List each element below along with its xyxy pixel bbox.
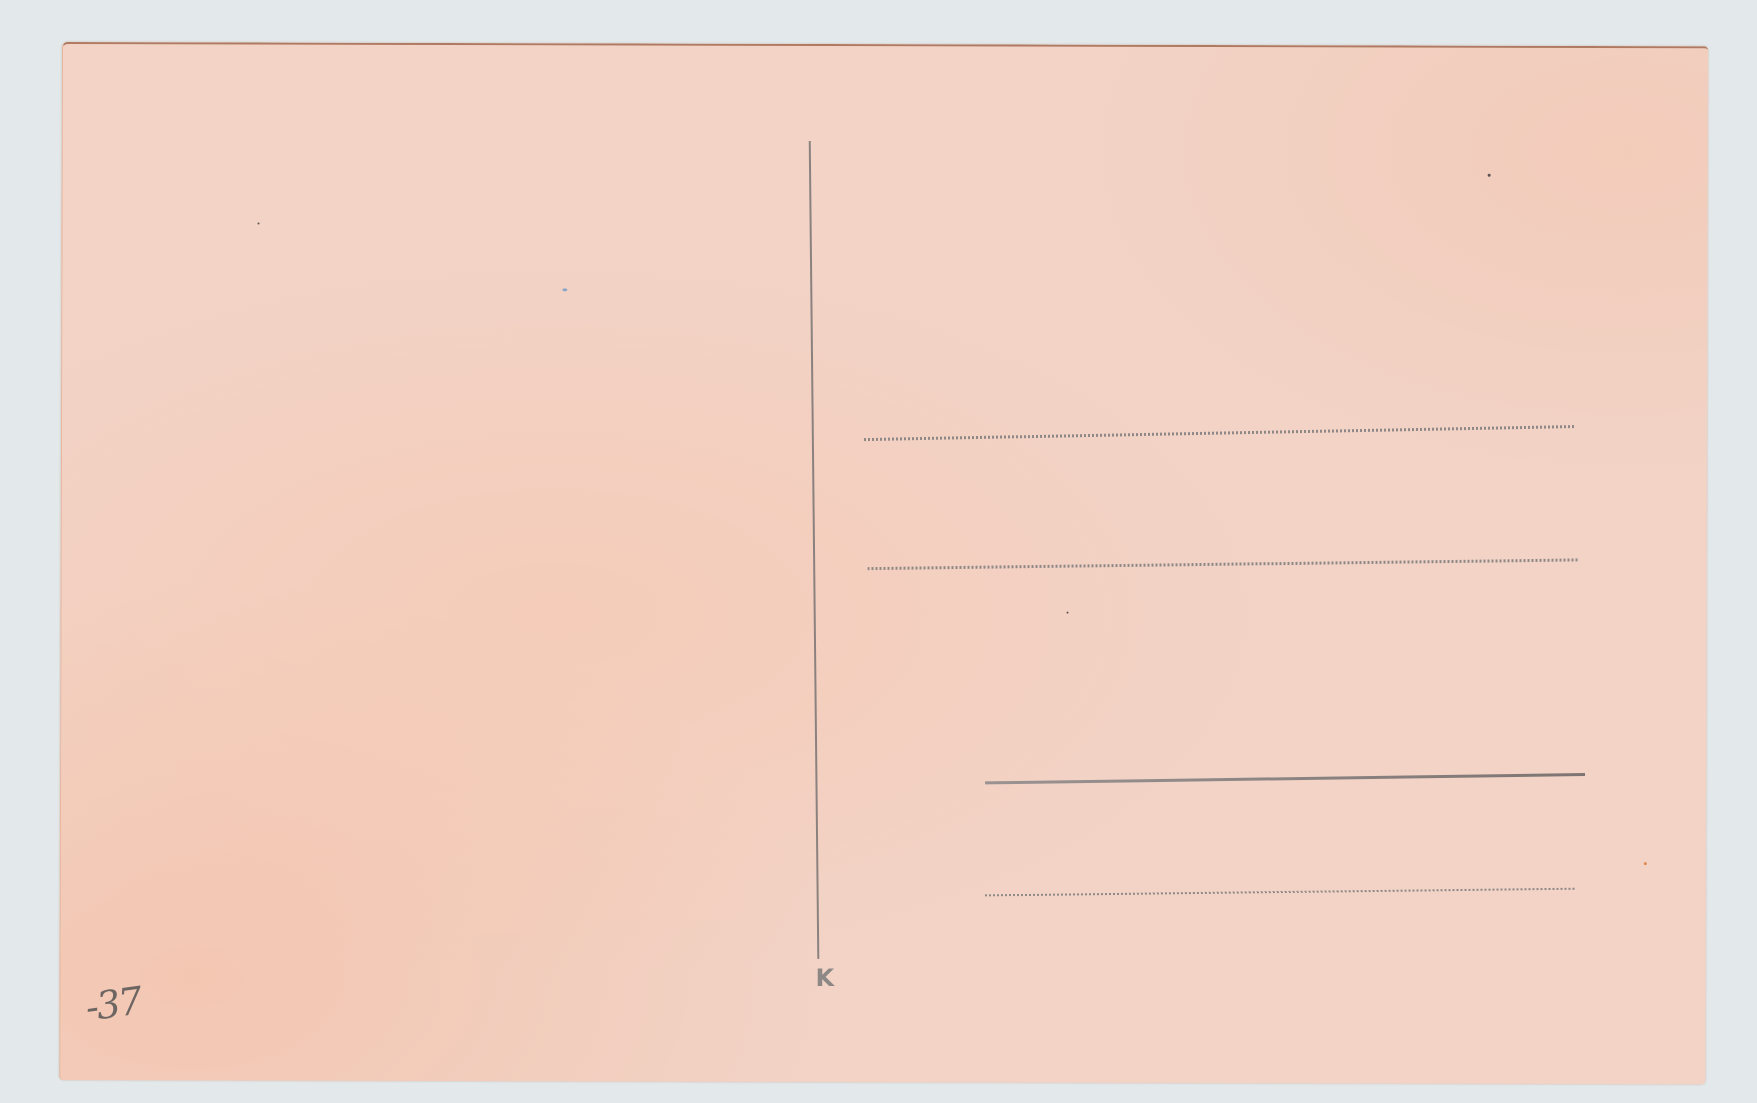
address-line-3 xyxy=(985,773,1585,784)
speck xyxy=(258,223,260,225)
pencil-annotation: -37 xyxy=(83,979,144,1030)
address-line-2 xyxy=(868,558,1580,570)
postcard-back: -37 K xyxy=(59,42,1708,1084)
speck xyxy=(1488,174,1491,177)
divider-mark: K xyxy=(816,964,835,992)
address-line-4 xyxy=(985,888,1575,897)
speck xyxy=(1067,612,1069,614)
center-divider-line xyxy=(809,141,820,959)
speck xyxy=(1644,862,1647,865)
embossed-stamp xyxy=(140,974,320,1044)
address-line-1 xyxy=(864,425,1576,441)
speck xyxy=(562,288,567,291)
